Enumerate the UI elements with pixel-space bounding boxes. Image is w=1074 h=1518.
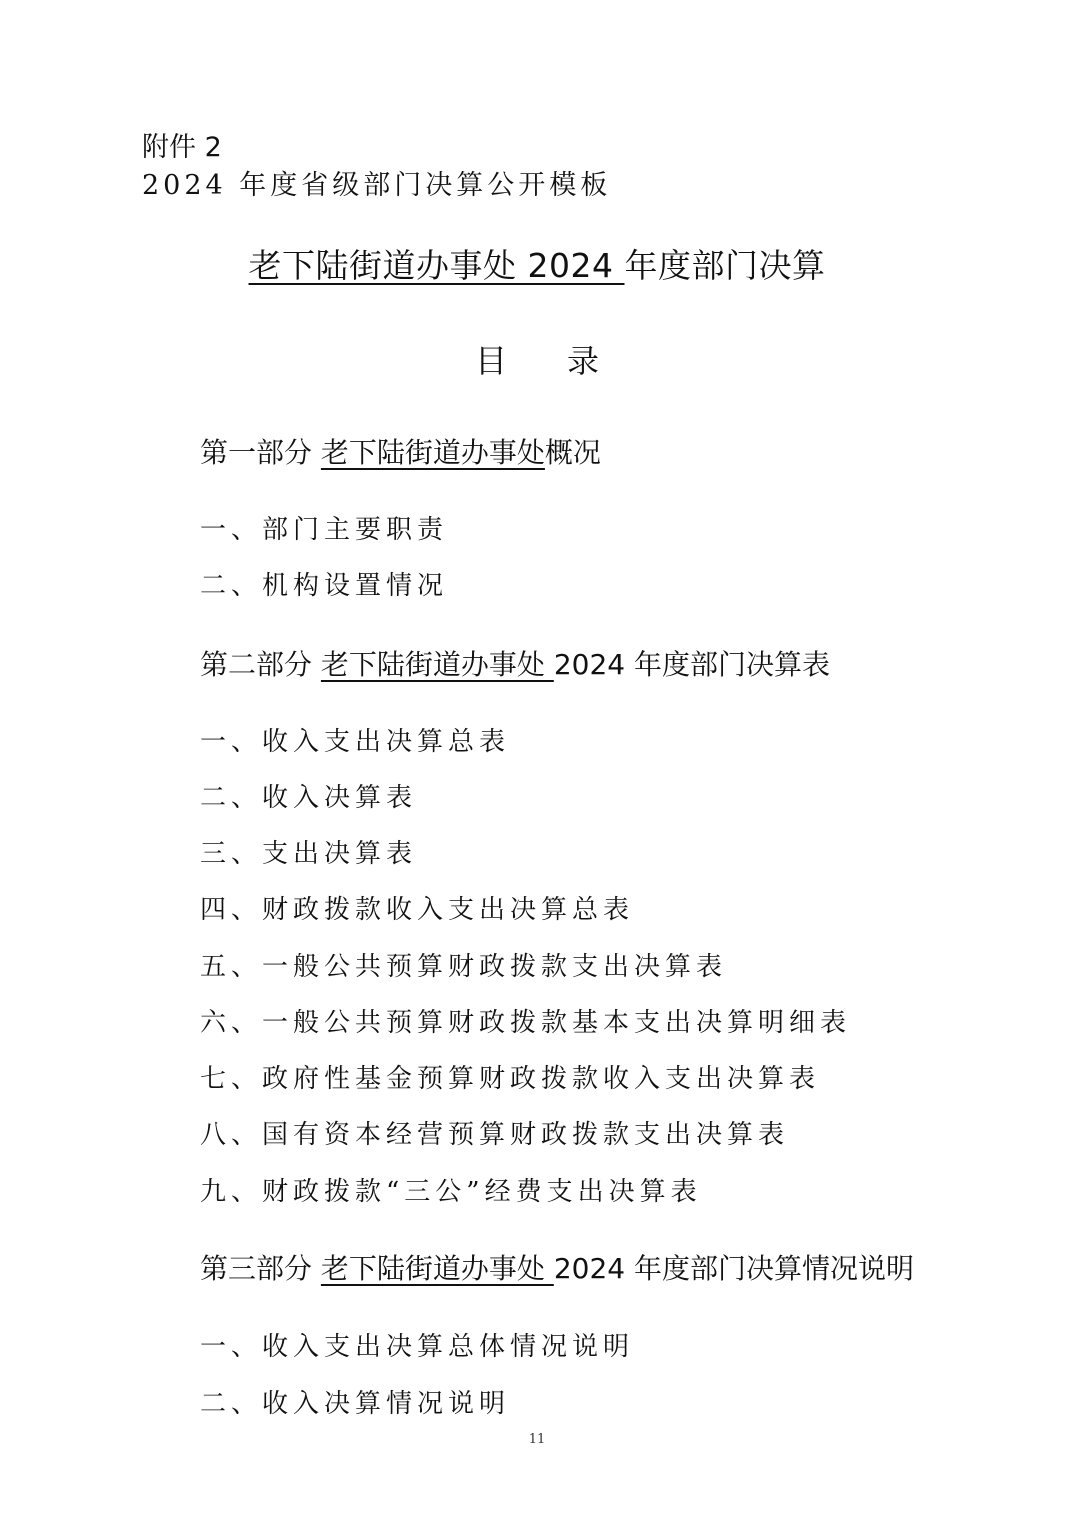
part-unit-name: 老下陆街道办事处	[321, 436, 545, 469]
attachment-label: 附件 2	[142, 130, 222, 166]
page-number: 11	[0, 1432, 1074, 1448]
toc-part-3[interactable]: 第三部分 老下陆街道办事处 2024 年度部门决算情况说明	[200, 1250, 914, 1288]
toc-item[interactable]: 五、一般公共预算财政拨款支出决算表	[200, 949, 727, 985]
part-prefix: 第二部分	[200, 648, 321, 681]
toc-heading-char-2: 录	[567, 340, 599, 382]
toc-item[interactable]: 九、财政拨款“三公”经费支出决算表	[200, 1174, 702, 1210]
toc-part-2[interactable]: 第二部分 老下陆街道办事处 2024 年度部门决算表	[200, 646, 830, 684]
toc-item[interactable]: 一、收入支出决算总体情况说明	[200, 1329, 634, 1365]
toc-item[interactable]: 四、财政拨款收入支出决算总表	[200, 892, 634, 928]
toc-heading: 目录	[0, 340, 1074, 382]
toc-item[interactable]: 二、机构设置情况	[200, 568, 448, 604]
toc-item[interactable]: 一、部门主要职责	[200, 512, 448, 548]
part-prefix: 第三部分	[200, 1252, 321, 1285]
toc-item[interactable]: 二、收入决算表	[200, 780, 417, 816]
document-title-rest: 年度部门决算	[624, 246, 825, 285]
toc-item[interactable]: 二、收入决算情况说明	[200, 1386, 510, 1422]
part-unit-name: 老下陆街道办事处	[321, 648, 554, 681]
part-unit-name: 老下陆街道办事处	[321, 1252, 554, 1285]
toc-item[interactable]: 七、政府性基金预算财政拨款收入支出决算表	[200, 1061, 820, 1097]
part-suffix: 2024 年度部门决算表	[554, 648, 830, 681]
part-prefix: 第一部分	[200, 436, 321, 469]
part-suffix: 2024 年度部门决算情况说明	[554, 1252, 914, 1285]
toc-item[interactable]: 一、收入支出决算总表	[200, 724, 510, 760]
toc-part-1[interactable]: 第一部分 老下陆街道办事处概况	[200, 434, 601, 472]
toc-item[interactable]: 三、支出决算表	[200, 836, 417, 872]
document-title: 老下陆街道办事处 2024 年度部门决算	[0, 244, 1074, 288]
document-title-unit: 老下陆街道办事处 2024	[249, 246, 625, 285]
toc-heading-char-1: 目	[475, 340, 507, 382]
template-name: 2024 年度省级部门决算公开模板	[142, 168, 611, 204]
toc-item[interactable]: 六、一般公共预算财政拨款基本支出决算明细表	[200, 1005, 851, 1041]
toc-item[interactable]: 八、国有资本经营预算财政拨款支出决算表	[200, 1117, 789, 1153]
part-suffix: 概况	[545, 436, 601, 469]
